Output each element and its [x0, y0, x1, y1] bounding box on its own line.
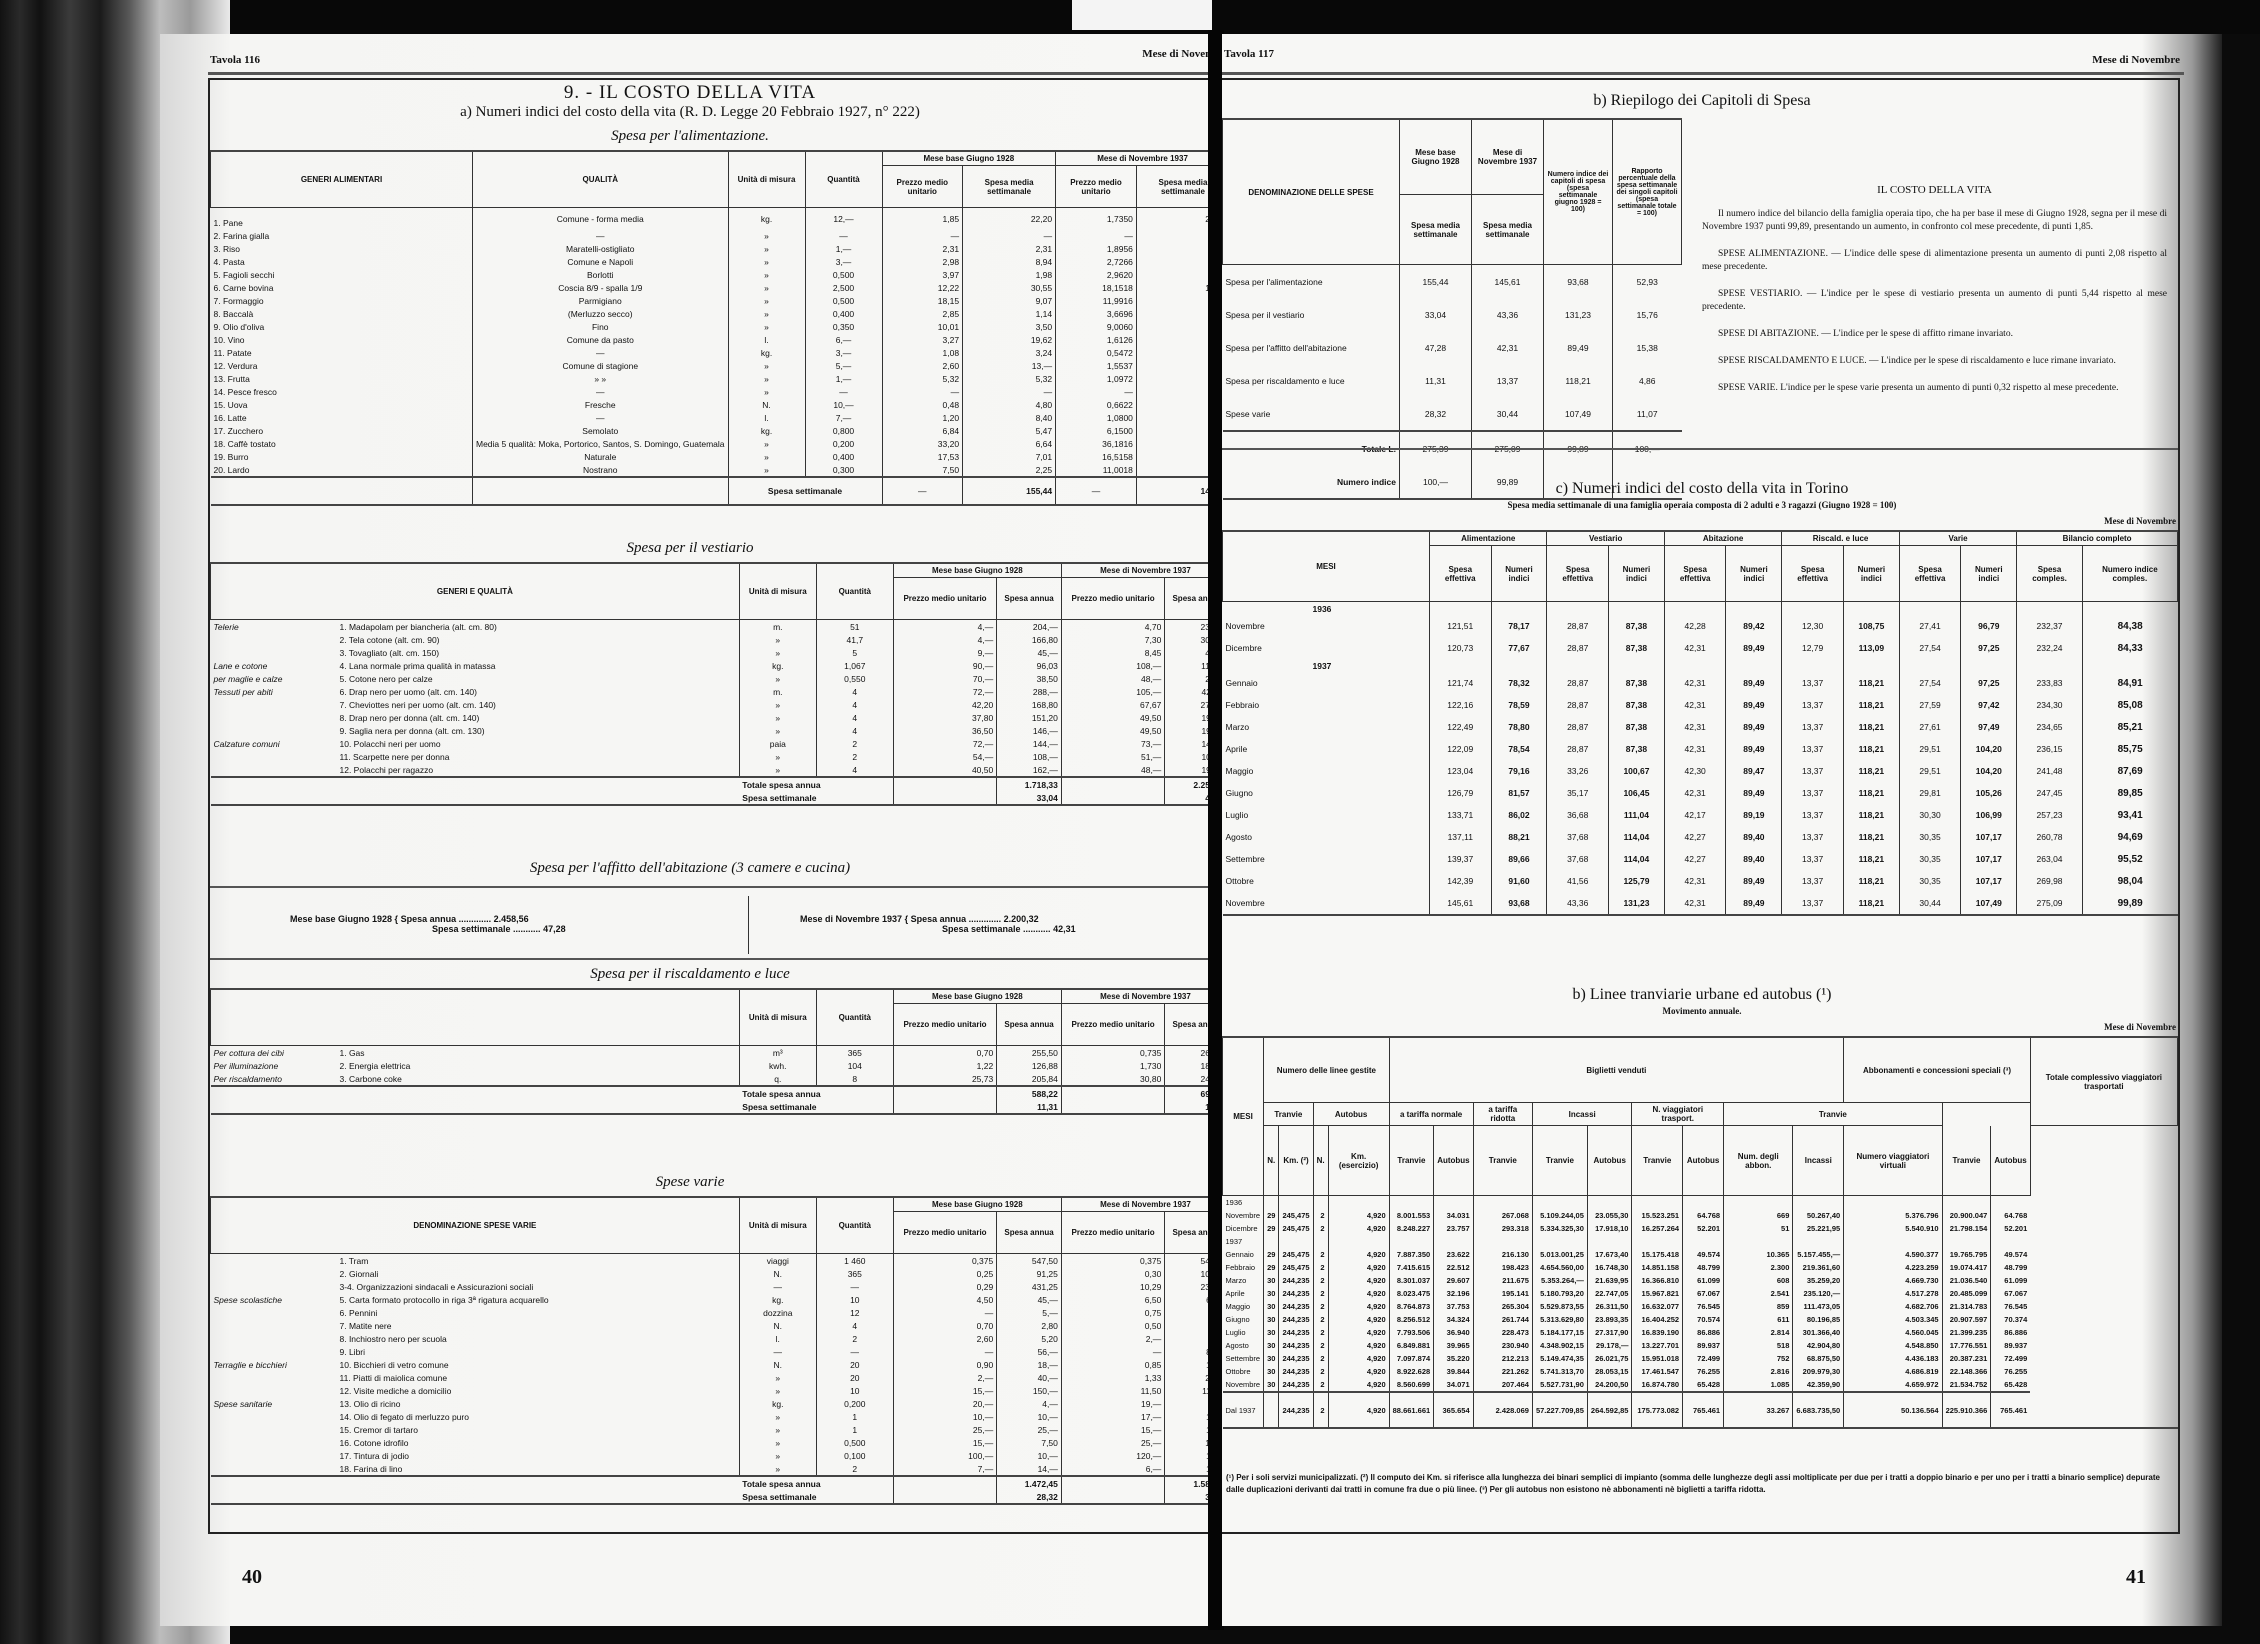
food-value: 0,400 [805, 450, 882, 463]
year-row: 1936 [1223, 602, 2178, 616]
tranvie-value: 67.067 [1991, 1287, 2030, 1300]
food-row: 9. Olio d'olivaFino»0,35010,013,509,0060… [211, 320, 1230, 333]
index-value: 121,51 [1430, 615, 1492, 637]
index-value: 85,75 [2082, 738, 2177, 760]
sub-prezzo-curr: Prezzo medio unitario [1061, 578, 1164, 620]
item-row: 7. Cheviottes neri per uomo (alt. cm. 14… [211, 698, 1230, 711]
food-value: 1,85 [882, 208, 963, 230]
empty-cell [1587, 1196, 1632, 1210]
affitto-base-annual: 2.458,56 [494, 914, 529, 924]
sub-spesa-base: Spesa annua [997, 1004, 1062, 1046]
empty-cell [1793, 1196, 1844, 1210]
index-value: 87,38 [1608, 672, 1664, 694]
empty-cell [1430, 602, 1492, 616]
item-value: 0,500 [816, 1436, 893, 1449]
tranvie-value: 15.951.018 [1632, 1352, 1683, 1365]
index-value: 78,54 [1491, 738, 1547, 760]
tranvie-value: 16.632.077 [1632, 1300, 1683, 1313]
total-annual-row: Totale spesa annua1.472,451.582,90 [211, 1476, 1230, 1490]
month-label: Novembre [1223, 1209, 1264, 1222]
empty-cell [2017, 659, 2083, 672]
item-row: 17. Tintura di jodio»0,100100,—10,—120,—… [211, 1449, 1230, 1462]
food-value: — [963, 385, 1056, 398]
item-value: 0,30 [1061, 1267, 1164, 1280]
torino-subcol: Numeri indici [1608, 546, 1664, 602]
food-value: » [728, 372, 805, 385]
item-name: 6. Drap nero per uomo (alt. cm. 140) [337, 685, 740, 698]
food-value: 0,200 [805, 437, 882, 450]
item-value: 51 [816, 620, 893, 634]
tranvie-subcol: Autobus [1434, 1126, 1473, 1196]
index-value: 81,57 [1491, 782, 1547, 804]
item-row: Spese sanitarie13. Olio di ricinokg.0,20… [211, 1397, 1230, 1410]
year-label: 1936 [1223, 1196, 1264, 1210]
item-value: 4 [816, 698, 893, 711]
item-name: 16. Cotone idrofilo [337, 1436, 740, 1449]
item-row: 9. Saglia nera per donna (alt. cm. 130)»… [211, 724, 1230, 737]
month-label: Giugno [1223, 1313, 1264, 1326]
empty-cell [1389, 1235, 1434, 1248]
item-group [211, 1462, 337, 1476]
group-biglietti: Biglietti venduti [1389, 1037, 1844, 1103]
index-value: 263,04 [2017, 848, 2083, 870]
tranvie-value: 5.157.455,— [1793, 1248, 1844, 1261]
food-value: 10,— [805, 398, 882, 411]
empty-cell [211, 477, 473, 505]
month-row: Ottobre30244,23524,9208.922.62839.844221… [1223, 1365, 2178, 1378]
tranvie-value: 21.534.752 [1942, 1378, 1991, 1392]
group-totale: Totale complessivo viaggiatori trasporta… [2030, 1037, 2177, 1126]
empty-cell [1608, 659, 1664, 672]
food-value: 2,9620 [1056, 268, 1137, 281]
tranvie-value: 4.517.278 [1844, 1287, 1942, 1300]
item-value: » [739, 1384, 816, 1397]
index-value: 241,48 [2017, 760, 2083, 782]
col-rapporto: Rapporto percentuale della spesa settima… [1613, 119, 1682, 265]
food-value: — [882, 229, 963, 242]
item-value: 17,— [1061, 1410, 1164, 1423]
sub-prezzo-curr: Prezzo medio unitario [1061, 1004, 1164, 1046]
group-base: Mese base Giugno 1928 [893, 989, 1061, 1004]
item-value: 72,— [893, 737, 996, 750]
year-row: 1937 [1223, 659, 2178, 672]
item-value: » [739, 698, 816, 711]
tranvie-value: 4.223.259 [1844, 1261, 1942, 1274]
tranvie-value: 24.200,50 [1587, 1378, 1632, 1392]
food-row: 20. LardoNostrano»0,3007,502,2511,00183,… [211, 463, 1230, 477]
index-value: 42,27 [1664, 826, 1726, 848]
tranvie-value: 23.893,35 [1587, 1313, 1632, 1326]
food-value: » [728, 320, 805, 333]
alimentazione-heading: Spesa per l'alimentazione. [160, 128, 1220, 145]
tranvie-value: 22.148.366 [1942, 1365, 1991, 1378]
item-value: 144,— [997, 737, 1062, 750]
item-group [211, 1436, 337, 1449]
index-value: 104,20 [1961, 738, 2017, 760]
item-value: 73,— [1061, 737, 1164, 750]
torino-subcol: Spesa comples. [2017, 546, 2083, 602]
tranvie-value: 29 [1264, 1209, 1279, 1222]
empty-cell [2082, 659, 2177, 672]
summary-value: 42,31 [1472, 331, 1544, 364]
food-value: 1,0972 [1056, 372, 1137, 385]
item-value: 37,80 [893, 711, 996, 724]
item-group: Lane e cotone [211, 659, 337, 672]
item-value: 41,7 [816, 633, 893, 646]
index-value: 27,61 [1899, 716, 1961, 738]
tranvie-value: 4.686.819 [1844, 1365, 1942, 1378]
food-quality: Semolato [473, 424, 729, 437]
tranvie-value: 67.067 [1683, 1287, 1724, 1300]
tranvie-value: 611 [1724, 1313, 1793, 1326]
food-value: 1,08 [882, 346, 963, 359]
index-value: 37,68 [1547, 848, 1609, 870]
empty-cell [1683, 1196, 1724, 1210]
summary-value: 107,49 [1544, 397, 1613, 431]
item-group [211, 1332, 337, 1345]
food-value: 3,— [805, 346, 882, 359]
index-value: 122,16 [1430, 694, 1492, 716]
item-group [211, 1345, 337, 1358]
torino-subcol: Spesa effettiva [1547, 546, 1609, 602]
index-value: 142,39 [1430, 870, 1492, 892]
tranvie-value: 29 [1264, 1261, 1279, 1274]
tranvie-value: 2 [1313, 1326, 1328, 1339]
food-quality: — [473, 346, 729, 359]
tranvie-value: 216.130 [1473, 1248, 1532, 1261]
index-value: 29,51 [1899, 738, 1961, 760]
tranvie-value: 2 [1313, 1222, 1328, 1235]
tranvie-value: 89.937 [1991, 1339, 2030, 1352]
item-value: 2 [816, 737, 893, 750]
group-curr: Mese di Novembre 1937 [1061, 989, 1229, 1004]
summary-value: 145,61 [1472, 265, 1544, 299]
group-base: Mese base Giugno 1928 [893, 563, 1061, 578]
item-group [211, 1306, 337, 1319]
item-row: Per cottura dei cibi1. Gasm³3650,70255,5… [211, 1046, 1230, 1060]
empty-cell [1264, 1196, 1279, 1210]
tranvie-subcol: Tranvie [1942, 1126, 1991, 1196]
sub-tariffa-ridotta: a tariffa ridotta [1473, 1103, 1532, 1126]
index-value: 84,38 [2082, 615, 2177, 637]
summary-value: 28,32 [1400, 397, 1472, 431]
affitto-curr-weekly: 42,31 [1053, 924, 1076, 934]
food-value: 6,— [805, 333, 882, 346]
col-unita: Unità di misura [728, 151, 805, 208]
empty-cell [893, 777, 996, 791]
index-value: 118,21 [1843, 782, 1899, 804]
item-name: 3-4. Organizzazioni sindacali e Assicura… [337, 1280, 740, 1293]
tranvie-value: 8.301.037 [1389, 1274, 1434, 1287]
tranvie-value: 4,920 [1328, 1209, 1389, 1222]
month-row: Novembre30244,23524,9208.560.69934.07120… [1223, 1378, 2178, 1392]
index-value: 122,09 [1430, 738, 1492, 760]
month-label: Aprile [1223, 1287, 1264, 1300]
food-value: 10,01 [882, 320, 963, 333]
tranvie-value: 28.053,15 [1587, 1365, 1632, 1378]
alimentazione-rows: 1. PaneComune - forma mediakg.12,—1,8522… [211, 208, 1230, 506]
tranvie-total-value: 57.227.709,85 [1532, 1392, 1587, 1428]
food-quality: Coscia 8/9 - spalla 1/9 [473, 281, 729, 294]
item-value: 1 [816, 1410, 893, 1423]
item-value: 5,— [997, 1306, 1062, 1319]
item-value: 288,— [997, 685, 1062, 698]
item-group [211, 1423, 337, 1436]
summary-value: 15,38 [1613, 331, 1682, 364]
item-value: » [739, 672, 816, 685]
col-quantita: Quantità [816, 563, 893, 620]
commentary-paragraph: SPESE RISCALDAMENTO E LUCE. — L'indice p… [1702, 355, 2167, 368]
month-label: Novembre [1223, 1378, 1264, 1392]
tranvie-value: 5.013.001,25 [1532, 1248, 1587, 1261]
empty-cell [1991, 1196, 2030, 1210]
index-value: 30,44 [1899, 892, 1961, 915]
empty-cell [211, 777, 337, 791]
index-value: 27,41 [1899, 615, 1961, 637]
torino-table: MESI Alimentazione Vestiario Abitazione … [1222, 530, 2178, 916]
food-item: 20. Lardo [211, 463, 473, 477]
item-name: 12. Polacchi per ragazzo [337, 763, 740, 777]
item-name: 11. Scarpette nere per donna [337, 750, 740, 763]
food-row: 8. Baccalà(Merluzzo secco)»0,4002,851,14… [211, 307, 1230, 320]
food-value: 33,20 [882, 437, 963, 450]
empty-cell [1061, 1086, 1164, 1100]
tranvie-total-value: 88.661.661 [1389, 1392, 1434, 1428]
affitto-curr-weekly-label: Spesa settimanale [800, 924, 1021, 934]
index-value: 84,33 [2082, 637, 2177, 659]
food-value: 2,31 [963, 242, 1056, 255]
tranvie-value: 2 [1313, 1339, 1328, 1352]
tranvie-value: 5.353.264,— [1532, 1274, 1587, 1287]
index-value: 96,79 [1961, 615, 2017, 637]
index-value: 107,49 [1961, 892, 2017, 915]
item-value: 4 [816, 685, 893, 698]
food-row: 5. Fagioli secchiBorlotti»0,5003,971,982… [211, 268, 1230, 281]
affitto-heading: Spesa per l'affitto dell'abitazione (3 c… [160, 860, 1220, 877]
affitto-curr-label: Mese di Novembre 1937 [800, 914, 902, 924]
empty-cell [1279, 1196, 1313, 1210]
index-value: 118,21 [1843, 870, 1899, 892]
food-value: 1,— [805, 372, 882, 385]
item-value: kwh. [739, 1059, 816, 1072]
index-value: 30,30 [1899, 804, 1961, 826]
empty-cell [1724, 1235, 1793, 1248]
index-value: 89,47 [1726, 760, 1782, 782]
item-value: 151,20 [997, 711, 1062, 724]
food-value: » [728, 307, 805, 320]
item-value: 10 [816, 1384, 893, 1397]
torino-subcol: Spesa effettiva [1782, 546, 1844, 602]
food-value: 8,94 [963, 255, 1056, 268]
index-value: 12,30 [1782, 615, 1844, 637]
month-label: Dicembre [1223, 1222, 1264, 1235]
item-value: 15,— [1061, 1423, 1164, 1436]
empty-cell [337, 791, 740, 805]
riscaldamento-rows: Per cottura dei cibi1. Gasm³3650,70255,5… [211, 1046, 1230, 1115]
item-value: 2 [816, 1332, 893, 1345]
vestiario-table: GENERI E QUALITÀ Unità di misura Quantit… [210, 562, 1230, 806]
empty-cell [2017, 602, 2083, 616]
index-value: 87,38 [1608, 637, 1664, 659]
item-value: 4 [816, 711, 893, 724]
month-label: Agosto [1223, 1339, 1264, 1352]
food-value: — [882, 385, 963, 398]
index-value: 122,49 [1430, 716, 1492, 738]
food-quality: Comune e Napoli [473, 255, 729, 268]
index-value: 78,80 [1491, 716, 1547, 738]
index-value: 78,32 [1491, 672, 1547, 694]
total-weekly-row: Spesa settimanale11,3113,37 [211, 1100, 1230, 1114]
torino-month-label: Mese di Novembre [2104, 516, 2176, 526]
tranvie-value: 4.348.902,15 [1532, 1339, 1587, 1352]
item-row: 18. Farina di lino»27,—14,—6,—12,— [211, 1462, 1230, 1476]
food-value: 0,6622 [1056, 398, 1137, 411]
tranvie-value: 42.904,80 [1793, 1339, 1844, 1352]
item-value: 10,29 [1061, 1280, 1164, 1293]
total-label: Spesa settimanale [739, 791, 893, 805]
tranvie-value: 859 [1724, 1300, 1793, 1313]
summary-value: 13,37 [1472, 364, 1544, 397]
summary-label: Spesa per l'affitto dell'abitazione [1223, 331, 1400, 364]
riepilogo-rows: Spesa per l'alimentazione155,44145,6193,… [1223, 265, 1682, 500]
item-value: 0,550 [816, 672, 893, 685]
col-mesi: MESI [1223, 531, 1430, 602]
header-rule [208, 72, 1220, 75]
food-value: 3,— [805, 255, 882, 268]
food-row: 14. Pesce fresco—»————— [211, 385, 1230, 398]
item-group [211, 1319, 337, 1332]
food-quality: Comune di stagione [473, 359, 729, 372]
item-value: 1 460 [816, 1254, 893, 1268]
empty-cell [1313, 1235, 1328, 1248]
empty-cell [1061, 1476, 1164, 1490]
tranvie-value: 2 [1313, 1261, 1328, 1274]
tranvie-value: 86.886 [1991, 1326, 2030, 1339]
empty-cell [1844, 1196, 1942, 1210]
food-item: 17. Zucchero [211, 424, 473, 437]
item-value: 104 [816, 1059, 893, 1072]
item-value: 56,— [997, 1345, 1062, 1358]
item-row: 6. Penninidozzina12—5,—0,759,— [211, 1306, 1230, 1319]
tranvie-value: 36.940 [1434, 1326, 1473, 1339]
month-label: Marzo [1223, 716, 1430, 738]
tranvie-subcol: Tranvie [1532, 1126, 1587, 1196]
index-value: 28,87 [1547, 672, 1609, 694]
item-value: 255,50 [997, 1046, 1062, 1060]
commentary-paragraph: SPESE VESTIARIO. — L'indice per le spese… [1702, 288, 2167, 314]
item-value: 20,— [893, 1397, 996, 1410]
index-value: 120,73 [1430, 637, 1492, 659]
tranvie-table: MESI Numero delle linee gestite Bigliett… [1222, 1036, 2178, 1429]
tranvie-value: 8.764.873 [1389, 1300, 1434, 1313]
index-value: 13,37 [1782, 672, 1844, 694]
tranvie-value: 29 [1264, 1222, 1279, 1235]
index-value: 131,23 [1608, 892, 1664, 915]
item-value: » [739, 711, 816, 724]
tranvie-value: 37.753 [1434, 1300, 1473, 1313]
summary-row: Spesa per l'affitto dell'abitazione47,28… [1223, 331, 1682, 364]
tranvie-value: 4,920 [1328, 1261, 1389, 1274]
tranvie-value: 4,920 [1328, 1339, 1389, 1352]
item-name: 7. Matite nere [337, 1319, 740, 1332]
index-value: 28,87 [1547, 716, 1609, 738]
tranvie-value: 2.300 [1724, 1261, 1793, 1274]
item-value: — [1061, 1345, 1164, 1358]
varie-table: DENOMINAZIONE SPESE VARIE Unità di misur… [210, 1196, 1230, 1505]
food-item: 1. Pane [211, 208, 473, 230]
item-row: 3. Tovagliato (alt. cm. 150)»59,—45,—8,4… [211, 646, 1230, 659]
item-value: 11,50 [1061, 1384, 1164, 1397]
index-value: 106,45 [1608, 782, 1664, 804]
month-label: Novembre [1223, 615, 1430, 637]
tranvie-value: 76.545 [1991, 1300, 2030, 1313]
table-cell: — [882, 477, 963, 505]
empty-cell [337, 1100, 740, 1114]
tranvie-value: 65.428 [1683, 1378, 1724, 1392]
item-value: 7,— [893, 1462, 996, 1476]
item-value: 54,— [893, 750, 996, 763]
food-quality: — [473, 229, 729, 242]
index-value: 91,60 [1491, 870, 1547, 892]
index-value: 27,59 [1899, 694, 1961, 716]
tranvie-value: 228.473 [1473, 1326, 1532, 1339]
affitto-curr-annual-label: Spesa annua [911, 914, 967, 924]
tranvie-value: 29.607 [1434, 1274, 1473, 1287]
item-value: 30,80 [1061, 1072, 1164, 1086]
item-value: 0,90 [893, 1358, 996, 1371]
food-value: 6,64 [963, 437, 1056, 450]
group-alimentazione: Alimentazione [1430, 531, 1547, 546]
empty-cell [1430, 659, 1492, 672]
item-value: 19,— [1061, 1397, 1164, 1410]
tranvie-value: 265.304 [1473, 1300, 1532, 1313]
empty-cell [1532, 1196, 1587, 1210]
food-item: 9. Olio d'oliva [211, 320, 473, 333]
index-value: 97,49 [1961, 716, 2017, 738]
item-value: 2,— [1061, 1332, 1164, 1345]
torino-subcol: Numeri indici [1491, 546, 1547, 602]
tranvie-value: 16.839.190 [1632, 1326, 1683, 1339]
food-value: — [805, 385, 882, 398]
empty-cell [1547, 659, 1609, 672]
index-value: 87,38 [1608, 615, 1664, 637]
month-row: Maggio30244,23524,9208.764.87337.753265.… [1223, 1300, 2178, 1313]
index-value: 30,35 [1899, 848, 1961, 870]
tranvie-value: 14.851.158 [1632, 1261, 1683, 1274]
tranvie-value: 23.757 [1434, 1222, 1473, 1235]
item-row: Lane e cotone4. Lana normale prima quali… [211, 659, 1230, 672]
month-label: Febbraio [1223, 1261, 1264, 1274]
affitto-curr: Mese di Novembre 1937 { Spesa annua ....… [800, 914, 1076, 934]
page-number-right: 41 [2126, 1566, 2146, 1589]
item-group [211, 646, 337, 659]
index-value: 126,79 [1430, 782, 1492, 804]
empty-cell [893, 1490, 996, 1504]
food-value: 2,98 [882, 255, 963, 268]
item-name: 5. Carta formato protocollo in riga 3ª r… [337, 1293, 740, 1306]
tranvie-value: 2 [1313, 1209, 1328, 1222]
food-value: 1,20 [882, 411, 963, 424]
commentary-heading: IL COSTO DELLA VITA [1702, 184, 2167, 196]
index-value: 118,21 [1843, 672, 1899, 694]
food-quality: (Merluzzo secco) [473, 307, 729, 320]
food-row: 3. RisoMaratelli-ostigliato»1,—2,312,311… [211, 242, 1230, 255]
food-value: 1,6126 [1056, 333, 1137, 346]
empty-cell [1782, 659, 1844, 672]
commentary-paragraph: Il numero indice del bilancio della fami… [1702, 208, 2167, 234]
summary-value: 118,21 [1544, 364, 1613, 397]
index-value: 42,28 [1664, 615, 1726, 637]
